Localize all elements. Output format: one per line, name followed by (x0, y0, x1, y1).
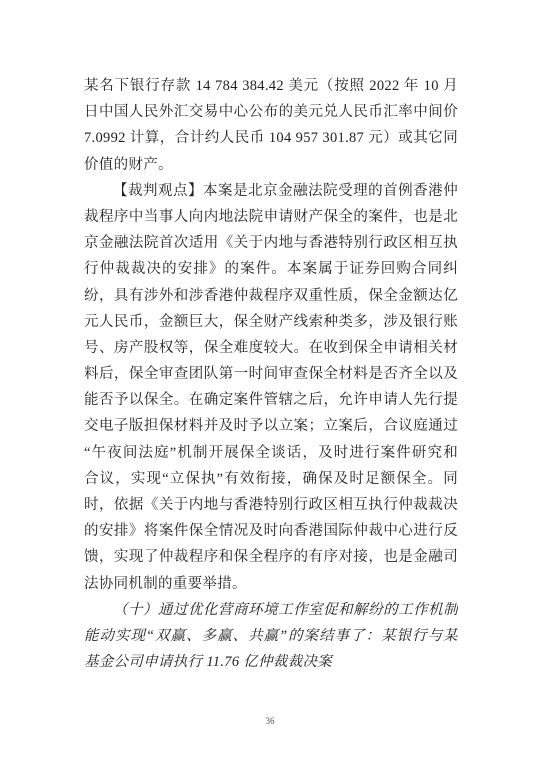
paragraph-judgment-opinion: 【裁判观点】本案是北京金融法院受理的首例香港仲 裁程序中当事人向内地法院申请财产… (84, 178, 458, 597)
text-block: 某名下银行存款 14 784 384.42 美元（按照 2022 年 10 月 … (84, 73, 458, 675)
text-line: 料后，保全审查团队第一时间审查保全材料是否齐全以及 (84, 361, 458, 387)
text-line: 【裁判观点】本案是北京金融法院受理的首例香港仲 (84, 178, 458, 204)
text-line: 日中国人民外汇交易中心公布的美元兑人民币汇率中间价 (84, 99, 458, 125)
text-line: 的安排》将案件保全情况及时向香港国际仲裁中心进行反 (84, 518, 458, 544)
text-line: 号、房产股权等，保全难度较大。在收到保全申请相关材 (84, 335, 458, 361)
text-line: 7.0992 计算，合计约人民币 104 957 301.87 元）或其它同等 (84, 125, 458, 151)
heading-line: 能动实现“双赢、多赢、共赢”的案结事了：某银行与某 (84, 623, 458, 649)
text-line: 行仲裁裁决的安排》的案件。本案属于证券回购合同纠 (84, 256, 458, 282)
section-heading-ten: （十）通过优化营商环境工作室促和解纷的工作机制 能动实现“双赢、多赢、共赢”的案… (84, 597, 458, 676)
text-line: 某名下银行存款 14 784 384.42 美元（按照 2022 年 10 月 … (84, 73, 458, 99)
heading-line: （十）通过优化营商环境工作室促和解纷的工作机制 (84, 597, 458, 623)
text-line: “午夜间法庭”机制开展保全谈话，及时进行案件研究和 (84, 440, 458, 466)
document-page: 某名下银行存款 14 784 384.42 美元（按照 2022 年 10 月 … (0, 0, 540, 763)
text-line: 裁程序中当事人向内地法院申请财产保全的案件，也是北 (84, 204, 458, 230)
text-line: 交电子版担保材料并及时予以立案；立案后，合议庭通过 (84, 413, 458, 439)
text-line: 纷，具有涉外和涉香港仲裁程序双重性质，保全金额达亿 (84, 283, 458, 309)
text-line: 能否予以保全。在确定案件管辖之后，允许申请人先行提 (84, 387, 458, 413)
text-line: 价值的财产。 (84, 152, 458, 178)
text-line: 馈，实现了仲裁程序和保全程序的有序对接，也是金融司 (84, 544, 458, 570)
text-line: 时，依据《关于内地与香港特别行政区相互执行仲裁裁决 (84, 492, 458, 518)
heading-line: 基金公司申请执行 11.76 亿仲裁裁决案 (84, 649, 458, 675)
page-number: 36 (0, 716, 540, 726)
text-line: 元人民币，金额巨大，保全财产线索种类多，涉及银行账 (84, 309, 458, 335)
paragraph-continuation: 某名下银行存款 14 784 384.42 美元（按照 2022 年 10 月 … (84, 73, 458, 178)
text-line: 京金融法院首次适用《关于内地与香港特别行政区相互执 (84, 230, 458, 256)
text-line: 法协同机制的重要举措。 (84, 571, 458, 597)
text-line: 合议，实现“立保执”有效衔接，确保及时足额保全。同 (84, 466, 458, 492)
